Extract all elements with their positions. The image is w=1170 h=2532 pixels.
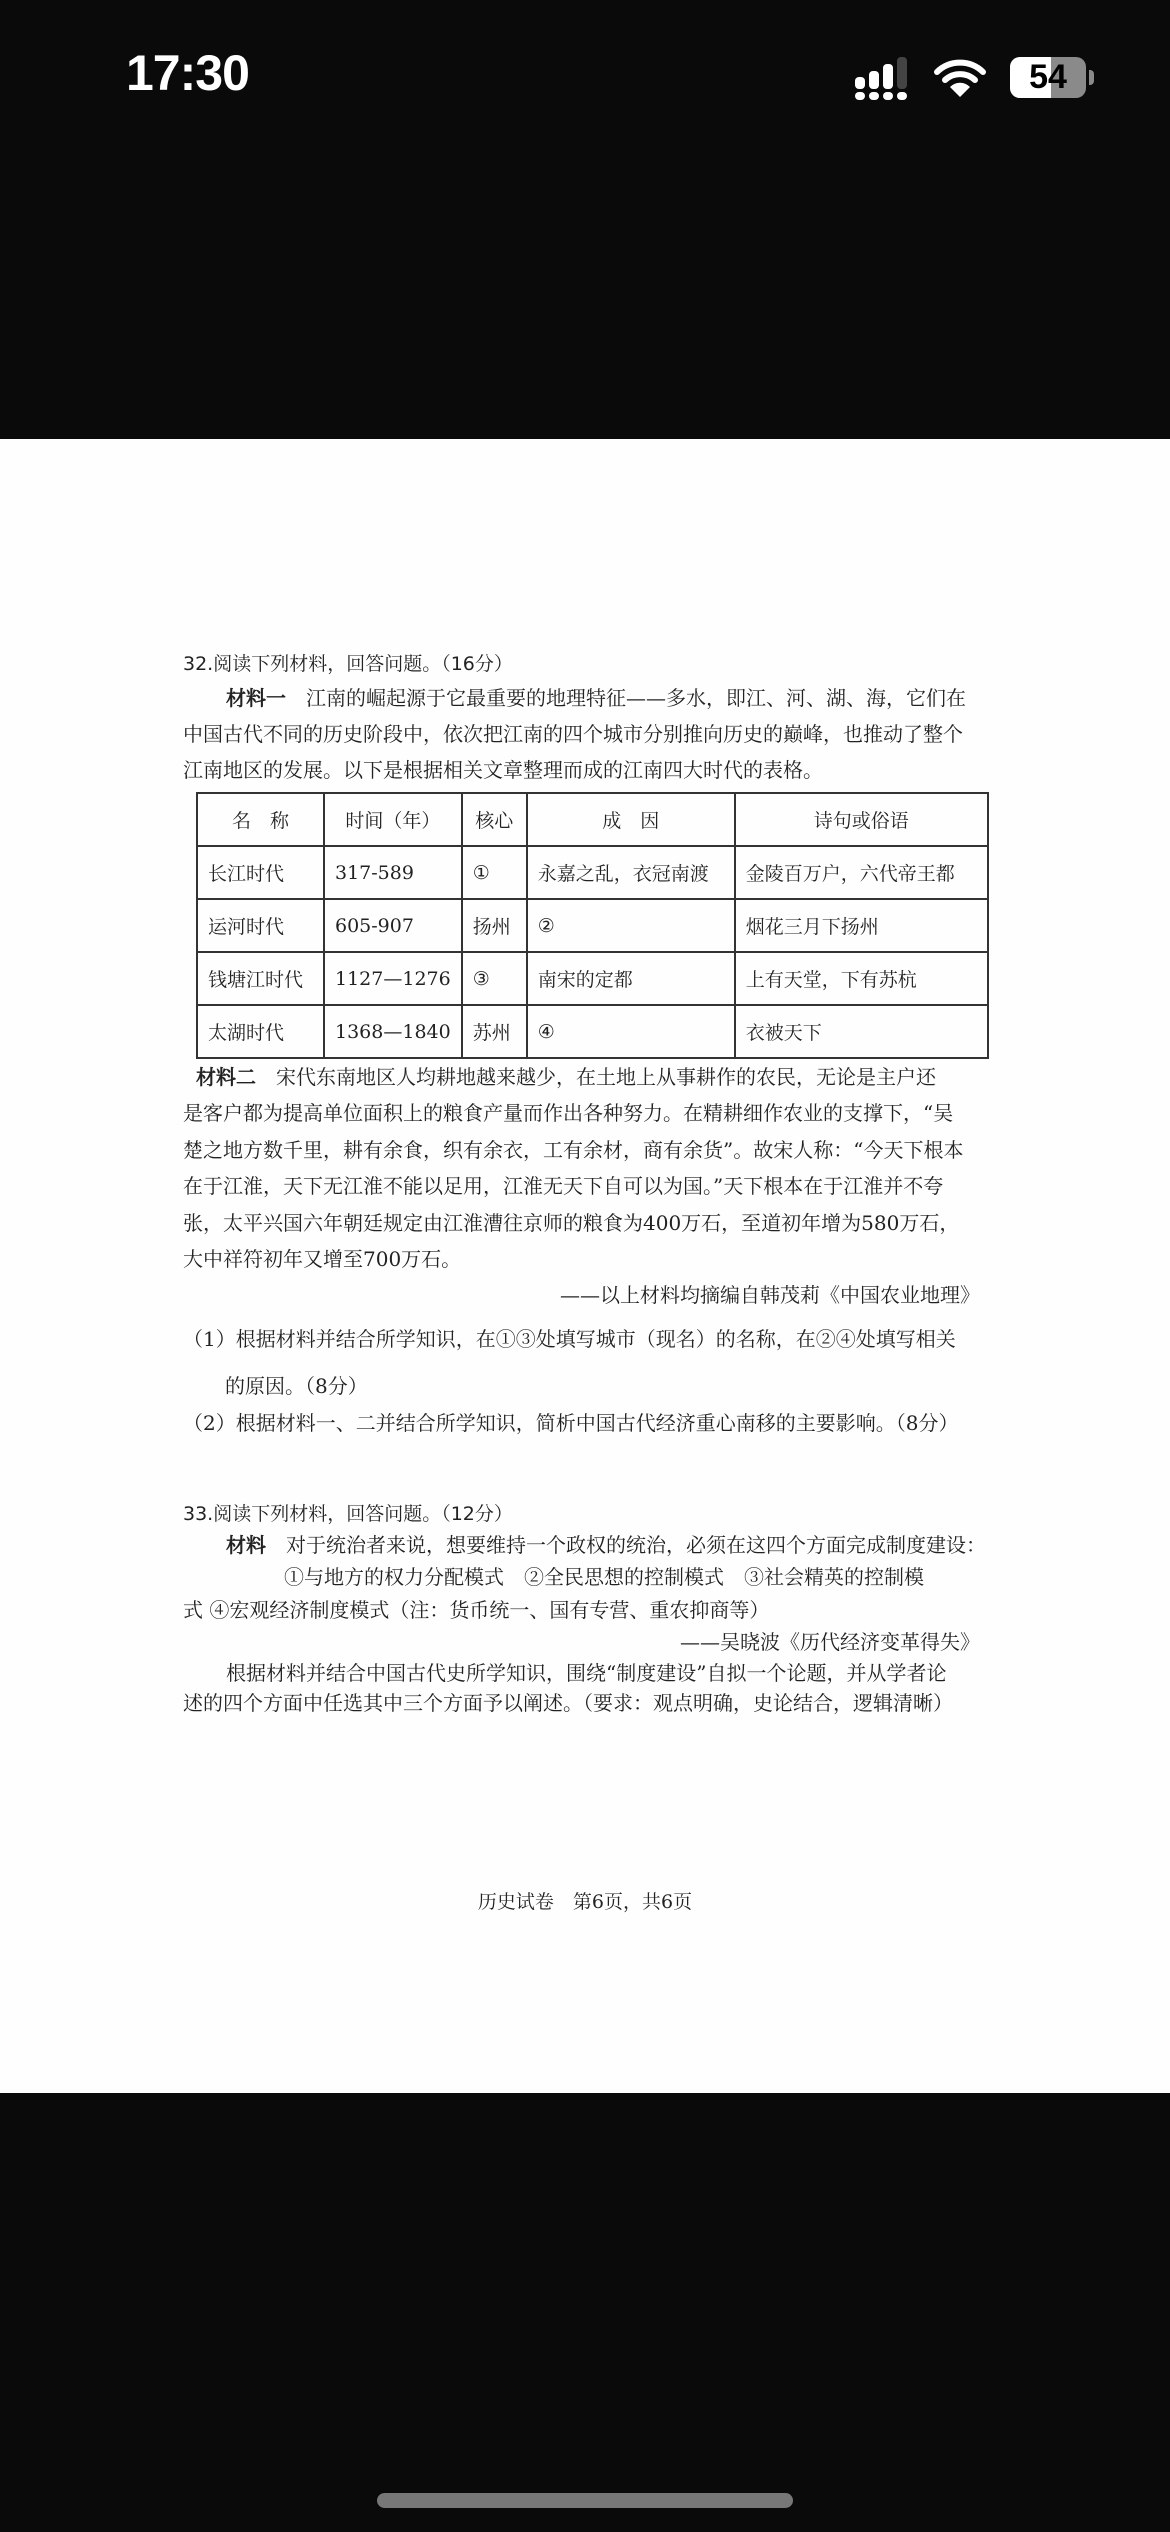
q32-sub2: （2）根据材料一、二并结合所学知识，简析中国古代经济重心南移的主要影响。（8分） (183, 1409, 958, 1437)
table-cell: ① (462, 846, 527, 899)
cellular-signal-icon (855, 57, 915, 99)
table-cell: 1368—1840 (324, 1005, 462, 1058)
table-header-cell: 时间（年） (324, 793, 462, 846)
table-cell: 烟花三月下扬州 (735, 899, 988, 952)
table-cell: 1127—1276 (324, 952, 462, 1005)
q32-material1-line2: 中国古代不同的历史阶段中，依次把江南的四个城市分别推向历史的巅峰，也推动了整个 (183, 720, 963, 748)
jiangnan-eras-table: 名 称 时间（年） 核心 成 因 诗句或俗语 长江时代 317-589 ① 永嘉… (196, 792, 989, 1059)
q33-task-line2: 述的四个方面中任选其中三个方面予以阐述。（要求：观点明确，史论结合，逻辑清晰） (183, 1689, 953, 1717)
table-header-row: 名 称 时间（年） 核心 成 因 诗句或俗语 (197, 793, 988, 846)
table-cell: 太湖时代 (197, 1005, 324, 1058)
table-row: 钱塘江时代 1127—1276 ③ 南宋的定都 上有天堂，下有苏杭 (197, 952, 988, 1005)
q33-heading: 33.阅读下列材料，回答问题。（12分） (183, 1500, 513, 1528)
table-row: 运河时代 605-907 扬州 ② 烟花三月下扬州 (197, 899, 988, 952)
table-cell: 317-589 (324, 846, 462, 899)
table-cell: 上有天堂，下有苏杭 (735, 952, 988, 1005)
table-cell: 金陵百万户，六代帝王都 (735, 846, 988, 899)
table-cell: 长江时代 (197, 846, 324, 899)
q33-task-line1: 根据材料并结合中国古代史所学知识，围绕“制度建设”自拟一个论题，并从学者论 (226, 1659, 946, 1687)
q32-material2-line6: 大中祥符初年又增至700万石。 (183, 1245, 461, 1273)
q32-source: ——以上材料均摘编自韩茂莉《中国农业地理》 (560, 1281, 980, 1309)
q32-material2-line3: 楚之地方数千里，耕有余食，织有余衣，工有余材，商有余货”。故宋人称：“今天下根本 (183, 1136, 963, 1164)
q32-material2-line4: 在于江淮，天下无江淮不能以足用，江淮无天下自可以为国。”天下根本在于江淮并不夸 (183, 1172, 943, 1200)
table-row: 太湖时代 1368—1840 苏州 ④ 衣被天下 (197, 1005, 988, 1058)
table-cell: 扬州 (462, 899, 527, 952)
battery-percent: 54 (1010, 57, 1086, 98)
q32-material1-line3: 江南地区的发展。以下是根据相关文章整理而成的江南四大时代的表格。 (183, 756, 823, 784)
table-cell: 衣被天下 (735, 1005, 988, 1058)
home-indicator[interactable] (377, 2493, 793, 2508)
q32-material2-line1: 材料二 宋代东南地区人均耕地越来越少，在土地上从事耕作的农民，无论是主户还 (196, 1063, 936, 1091)
material1-label: 材料一 (226, 686, 286, 710)
q32-material2-line2: 是客户都为提高单位面积上的粮食产量而作出各种努力。在精耕细作农业的支撑下，“吴 (183, 1099, 953, 1127)
q32-sub1-line2: 的原因。（8分） (225, 1372, 368, 1400)
table-header-cell: 核心 (462, 793, 527, 846)
q32-sub1-line1: （1）根据材料并结合所学知识，在①③处填写城市（现名）的名称，在②④处填写相关 (183, 1325, 956, 1353)
q33-source: ——吴晓波《历代经济变革得失》 (680, 1628, 980, 1656)
table-header-cell: 诗句或俗语 (735, 793, 988, 846)
page-footer: 历史试卷 第6页，共6页 (0, 1887, 1170, 1914)
table-cell: 605-907 (324, 899, 462, 952)
table-cell: ② (527, 899, 735, 952)
q33-material-label: 材料 (226, 1533, 266, 1557)
table-cell: ③ (462, 952, 527, 1005)
exam-page-content: 32.阅读下列材料，回答问题。（16分） 材料一 江南的崛起源于它最重要的地理特… (0, 439, 1170, 2093)
table-cell: 永嘉之乱，衣冠南渡 (527, 846, 735, 899)
q33-material-line3: 式 ④宏观经济制度模式（注：货币统一、国有专营、重农抑商等） (183, 1596, 769, 1624)
table-header-cell: 名 称 (197, 793, 324, 846)
battery-cap (1089, 70, 1094, 85)
q33-material-line1: 材料 对于统治者来说，想要维持一个政权的统治，必须在这四个方面完成制度建设： (226, 1531, 986, 1559)
status-time: 17:30 (126, 44, 249, 102)
material2-label: 材料二 (196, 1065, 256, 1089)
table-cell: ④ (527, 1005, 735, 1058)
q32-heading: 32.阅读下列材料，回答问题。（16分） (183, 650, 513, 678)
table-cell: 钱塘江时代 (197, 952, 324, 1005)
battery-icon: 54 (1010, 57, 1086, 98)
status-bar: 17:30 54 (0, 0, 1170, 150)
table-cell: 运河时代 (197, 899, 324, 952)
q32-material1-line1: 材料一 江南的崛起源于它最重要的地理特征——多水，即江、河、湖、海，它们在 (226, 684, 966, 712)
table-header-cell: 成 因 (527, 793, 735, 846)
table-row: 长江时代 317-589 ① 永嘉之乱，衣冠南渡 金陵百万户，六代帝王都 (197, 846, 988, 899)
document-page[interactable]: 32.阅读下列材料，回答问题。（16分） 材料一 江南的崛起源于它最重要的地理特… (0, 439, 1170, 2093)
q32-material2-line5: 张，太平兴国六年朝廷规定由江淮漕往京师的粮食为400万石，至道初年增为580万石… (183, 1209, 959, 1237)
table-cell: 苏州 (462, 1005, 527, 1058)
q33-material-line2: ①与地方的权力分配模式 ②全民思想的控制模式 ③社会精英的控制模 (284, 1563, 924, 1591)
wifi-icon (934, 58, 986, 98)
table-cell: 南宋的定都 (527, 952, 735, 1005)
